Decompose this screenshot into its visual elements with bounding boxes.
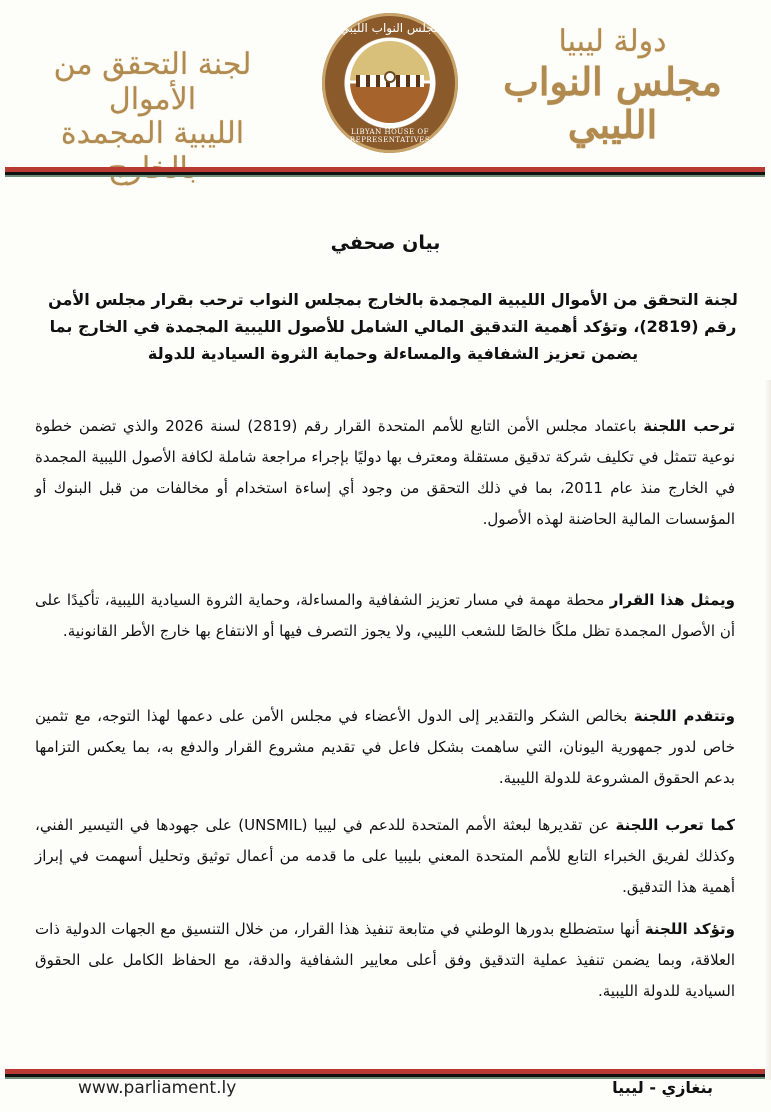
paragraph-1: ترحب اللجنة باعتماد مجلس الأمن التابع لل… xyxy=(35,411,735,535)
dome-icon xyxy=(350,41,430,123)
emblem-english-text: LIBYAN HOUSE OF REPRESENTATIVES xyxy=(322,128,458,144)
letterhead: دولة ليبيا مجلس النواب الليبي مجلس النوا… xyxy=(0,0,771,165)
state-name: دولة ليبيا xyxy=(495,25,730,60)
parliament-name: مجلس النواب الليبي xyxy=(495,60,730,147)
paragraph-4: كما تعرب اللجنة عن تقديرها لبعثة الأمم ا… xyxy=(35,810,735,903)
page-title: بيان صحفي xyxy=(0,232,771,254)
paragraph-lead: ترحب اللجنة xyxy=(643,417,735,435)
emblem-arabic-text: مجلس النواب الليبي xyxy=(322,21,458,35)
committee-calligraphy: لجنة التحقق من الأموال الليبية المجمدة ب… xyxy=(30,48,275,186)
paragraph-text: بخالص الشكر والتقدير إلى الدول الأعضاء ف… xyxy=(35,707,735,787)
paragraph-text: أنها ستضطلع بدورها الوطني في متابعة تنفي… xyxy=(35,920,735,1000)
location-text: بنغازي - ليبيا xyxy=(612,1078,713,1097)
header-flag-divider xyxy=(5,167,765,177)
committee-name-line1: لجنة التحقق من الأموال xyxy=(30,48,275,117)
press-release-subheading: لجنة التحقق من الأموال الليبية المجمدة ب… xyxy=(48,286,738,367)
paragraph-text: باعتماد مجلس الأمن التابع للأمم المتحدة … xyxy=(35,417,735,528)
paragraph-2: ويمثل هذا القرار محطة مهمة في مسار تعزيز… xyxy=(35,585,735,647)
scan-edge-shadow xyxy=(765,380,771,1080)
paragraph-3: وتتقدم اللجنة بخالص الشكر والتقدير إلى ا… xyxy=(35,701,735,794)
paragraph-lead: كما تعرب اللجنة xyxy=(615,816,735,834)
paragraph-5: وتؤكد اللجنة أنها ستضطلع بدورها الوطني ف… xyxy=(35,914,735,1007)
paragraph-lead: ويمثل هذا القرار xyxy=(610,591,735,609)
crescent-icon xyxy=(384,71,396,83)
parliament-emblem-icon: مجلس النواب الليبي LIBYAN HOUSE OF REPRE… xyxy=(322,13,458,153)
state-of-libya-calligraphy: دولة ليبيا مجلس النواب الليبي xyxy=(495,25,730,147)
paragraph-lead: وتتقدم اللجنة xyxy=(634,707,735,725)
paragraph-lead: وتؤكد اللجنة xyxy=(645,920,735,938)
website-link[interactable]: www.parliament.ly xyxy=(78,1078,236,1098)
